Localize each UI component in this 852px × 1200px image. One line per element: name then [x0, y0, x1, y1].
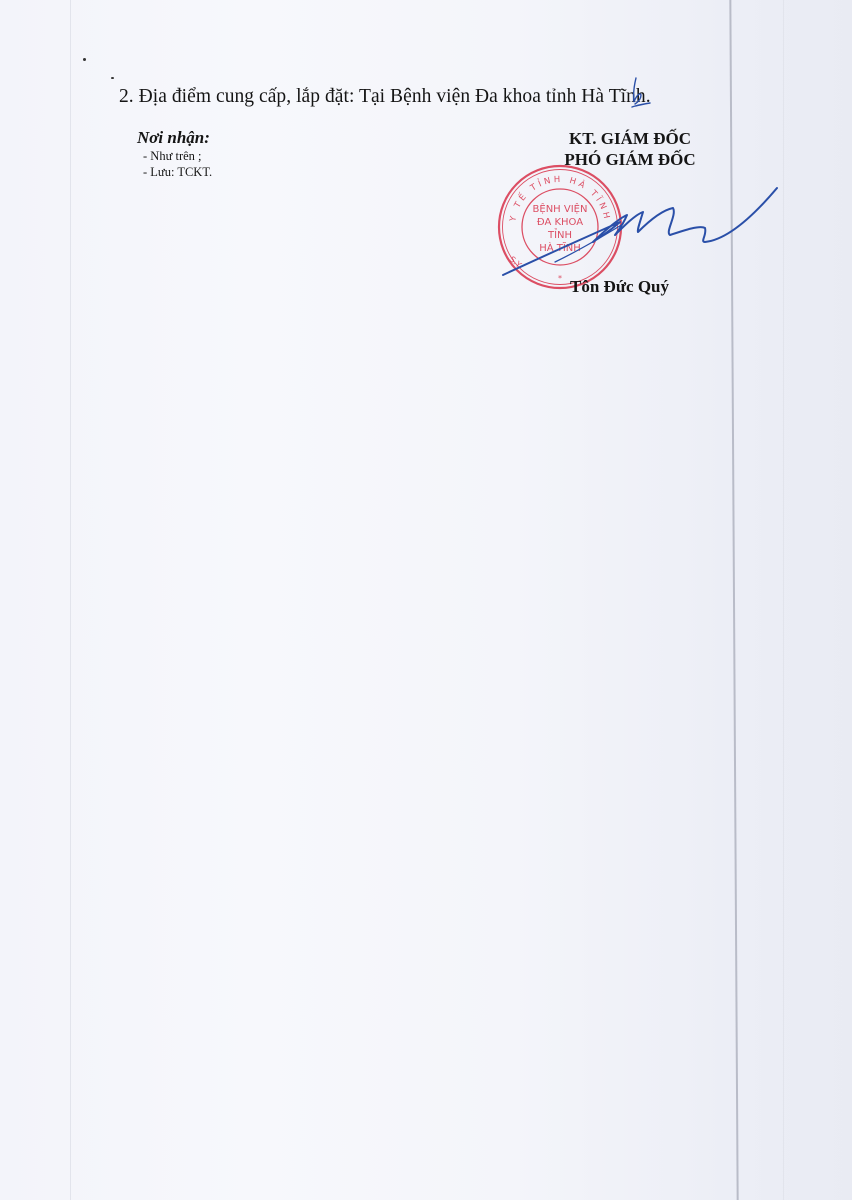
recipient-item: - Lưu: TCKT.: [143, 164, 212, 180]
title-line-1: KT. GIÁM ĐỐC: [540, 128, 720, 149]
recipient-item: - Như trên ;: [143, 148, 212, 164]
recipients-heading: Nơi nhận:: [137, 128, 212, 148]
scan-speck: [111, 77, 114, 79]
recipients-block: Nơi nhận: - Như trên ; - Lưu: TCKT.: [137, 128, 212, 180]
initial-mark-icon: [628, 76, 654, 110]
delivery-location-line: 2. Địa điểm cung cấp, lắp đặt: Tại Bệnh …: [119, 86, 651, 108]
signer-name: Tôn Đức Quý: [570, 277, 669, 297]
signature-icon: [495, 180, 785, 280]
scan-speck: [83, 58, 86, 61]
fold-line-faint: [70, 0, 71, 1200]
scanned-page: 2. Địa điểm cung cấp, lắp đặt: Tại Bệnh …: [0, 0, 852, 1200]
